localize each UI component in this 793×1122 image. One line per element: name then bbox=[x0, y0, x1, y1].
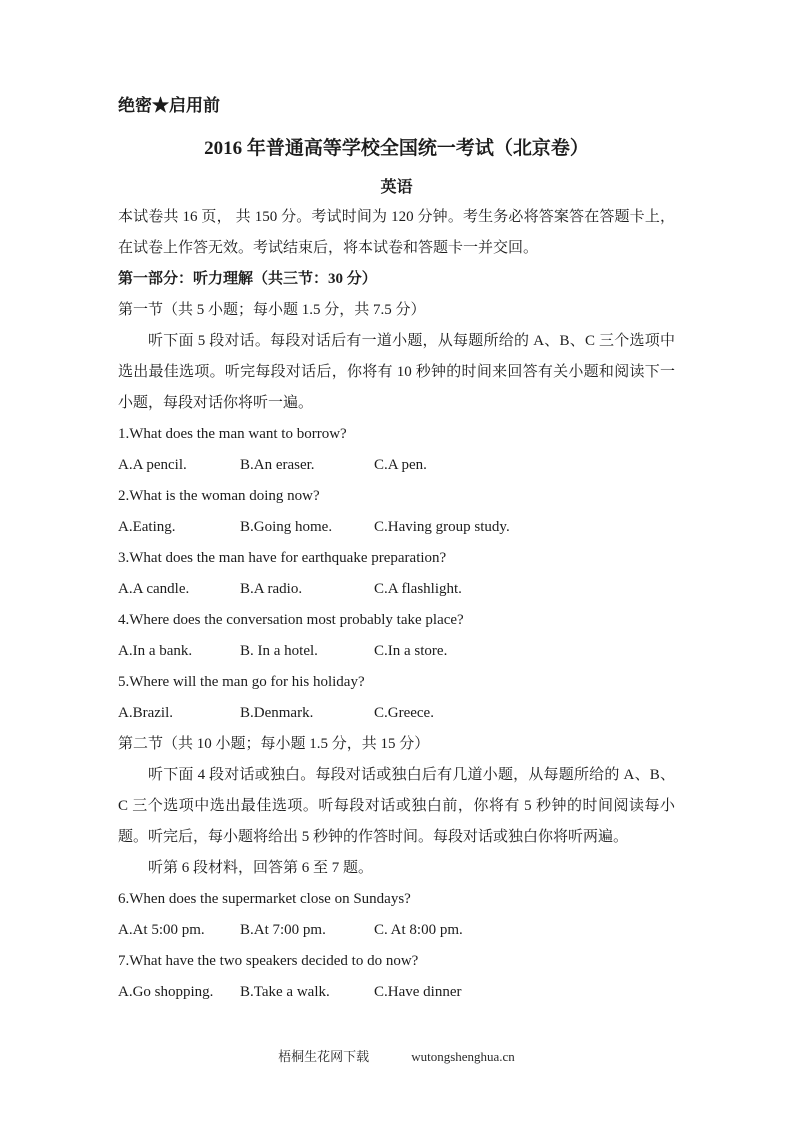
options-row: A.Go shopping. B.Take a walk. C.Have din… bbox=[118, 977, 675, 1008]
question: 5.Where will the man go for his holiday?… bbox=[118, 667, 675, 729]
options-row: A.A pencil. B.An eraser. C.A pen. bbox=[118, 450, 675, 481]
question-text: 6.When does the supermarket close on Sun… bbox=[118, 884, 675, 915]
section2-instructions: 听下面 4 段对话或独白。每段对话或独白后有几道小题，从每题所给的 A、B、C … bbox=[118, 760, 675, 853]
question-text: 1.What does the man want to borrow? bbox=[118, 419, 675, 450]
classification-header: 绝密★启用前 bbox=[118, 94, 675, 118]
question: 6.When does the supermarket close on Sun… bbox=[118, 884, 675, 946]
option-c: C.Have dinner bbox=[374, 977, 675, 1008]
material-note: 听第 6 段材料，回答第 6 至 7 题。 bbox=[118, 853, 675, 884]
option-b: B.An eraser. bbox=[240, 450, 374, 481]
option-a: A.Eating. bbox=[118, 512, 240, 543]
subject-title: 英语 bbox=[118, 176, 675, 200]
option-b: B.Take a walk. bbox=[240, 977, 374, 1008]
option-c: C.A pen. bbox=[374, 450, 675, 481]
option-b: B.At 7:00 pm. bbox=[240, 915, 374, 946]
question: 2.What is the woman doing now? A.Eating.… bbox=[118, 481, 675, 543]
exam-document-page: 绝密★启用前 2016 年普通高等学校全国统一考试（北京卷） 英语 本试卷共 1… bbox=[0, 0, 793, 1122]
options-row: A.Eating. B.Going home. C.Having group s… bbox=[118, 512, 675, 543]
question: 7.What have the two speakers decided to … bbox=[118, 946, 675, 1008]
question: 1.What does the man want to borrow? A.A … bbox=[118, 419, 675, 481]
option-c: C.A flashlight. bbox=[374, 574, 675, 605]
general-instructions: 本试卷共 16 页， 共 150 分。考试时间为 120 分钟。考生务必将答案答… bbox=[118, 202, 675, 264]
options-row: A.Brazil. B.Denmark. C.Greece. bbox=[118, 698, 675, 729]
part1-heading: 第一部分：听力理解（共三节：30 分） bbox=[118, 264, 675, 295]
question: 4.Where does the conversation most proba… bbox=[118, 605, 675, 667]
footer-site-name: 梧桐生花网下载 bbox=[278, 1049, 369, 1064]
section1-instructions: 听下面 5 段对话。每段对话后有一道小题，从每题所给的 A、B、C 三个选项中选… bbox=[118, 326, 675, 419]
option-a: A.A pencil. bbox=[118, 450, 240, 481]
section2-heading: 第二节（共 10 小题；每小题 1.5 分，共 15 分） bbox=[118, 729, 675, 760]
page-title: 2016 年普通高等学校全国统一考试（北京卷） bbox=[118, 136, 675, 162]
options-row: A.In a bank. B. In a hotel. C.In a store… bbox=[118, 636, 675, 667]
option-a: A.In a bank. bbox=[118, 636, 240, 667]
question-text: 5.Where will the man go for his holiday? bbox=[118, 667, 675, 698]
question-text: 2.What is the woman doing now? bbox=[118, 481, 675, 512]
question-text: 7.What have the two speakers decided to … bbox=[118, 946, 675, 977]
option-a: A.Go shopping. bbox=[118, 977, 240, 1008]
footer-site-url: wutongshenghua.cn bbox=[411, 1049, 515, 1064]
option-a: A.At 5:00 pm. bbox=[118, 915, 240, 946]
option-c: C.In a store. bbox=[374, 636, 675, 667]
question-text: 3.What does the man have for earthquake … bbox=[118, 543, 675, 574]
option-a: A.Brazil. bbox=[118, 698, 240, 729]
option-b: B. In a hotel. bbox=[240, 636, 374, 667]
section1-heading: 第一节（共 5 小题；每小题 1.5 分，共 7.5 分） bbox=[118, 295, 675, 326]
option-c: C. At 8:00 pm. bbox=[374, 915, 675, 946]
question: 3.What does the man have for earthquake … bbox=[118, 543, 675, 605]
options-row: A.A candle. B.A radio. C.A flashlight. bbox=[118, 574, 675, 605]
question-text: 4.Where does the conversation most proba… bbox=[118, 605, 675, 636]
option-b: B.Denmark. bbox=[240, 698, 374, 729]
options-row: A.At 5:00 pm. B.At 7:00 pm. C. At 8:00 p… bbox=[118, 915, 675, 946]
option-c: C.Greece. bbox=[374, 698, 675, 729]
page-footer: 梧桐生花网下载wutongshenghua.cn bbox=[0, 1048, 793, 1066]
option-b: B.Going home. bbox=[240, 512, 374, 543]
option-b: B.A radio. bbox=[240, 574, 374, 605]
option-c: C.Having group study. bbox=[374, 512, 675, 543]
option-a: A.A candle. bbox=[118, 574, 240, 605]
